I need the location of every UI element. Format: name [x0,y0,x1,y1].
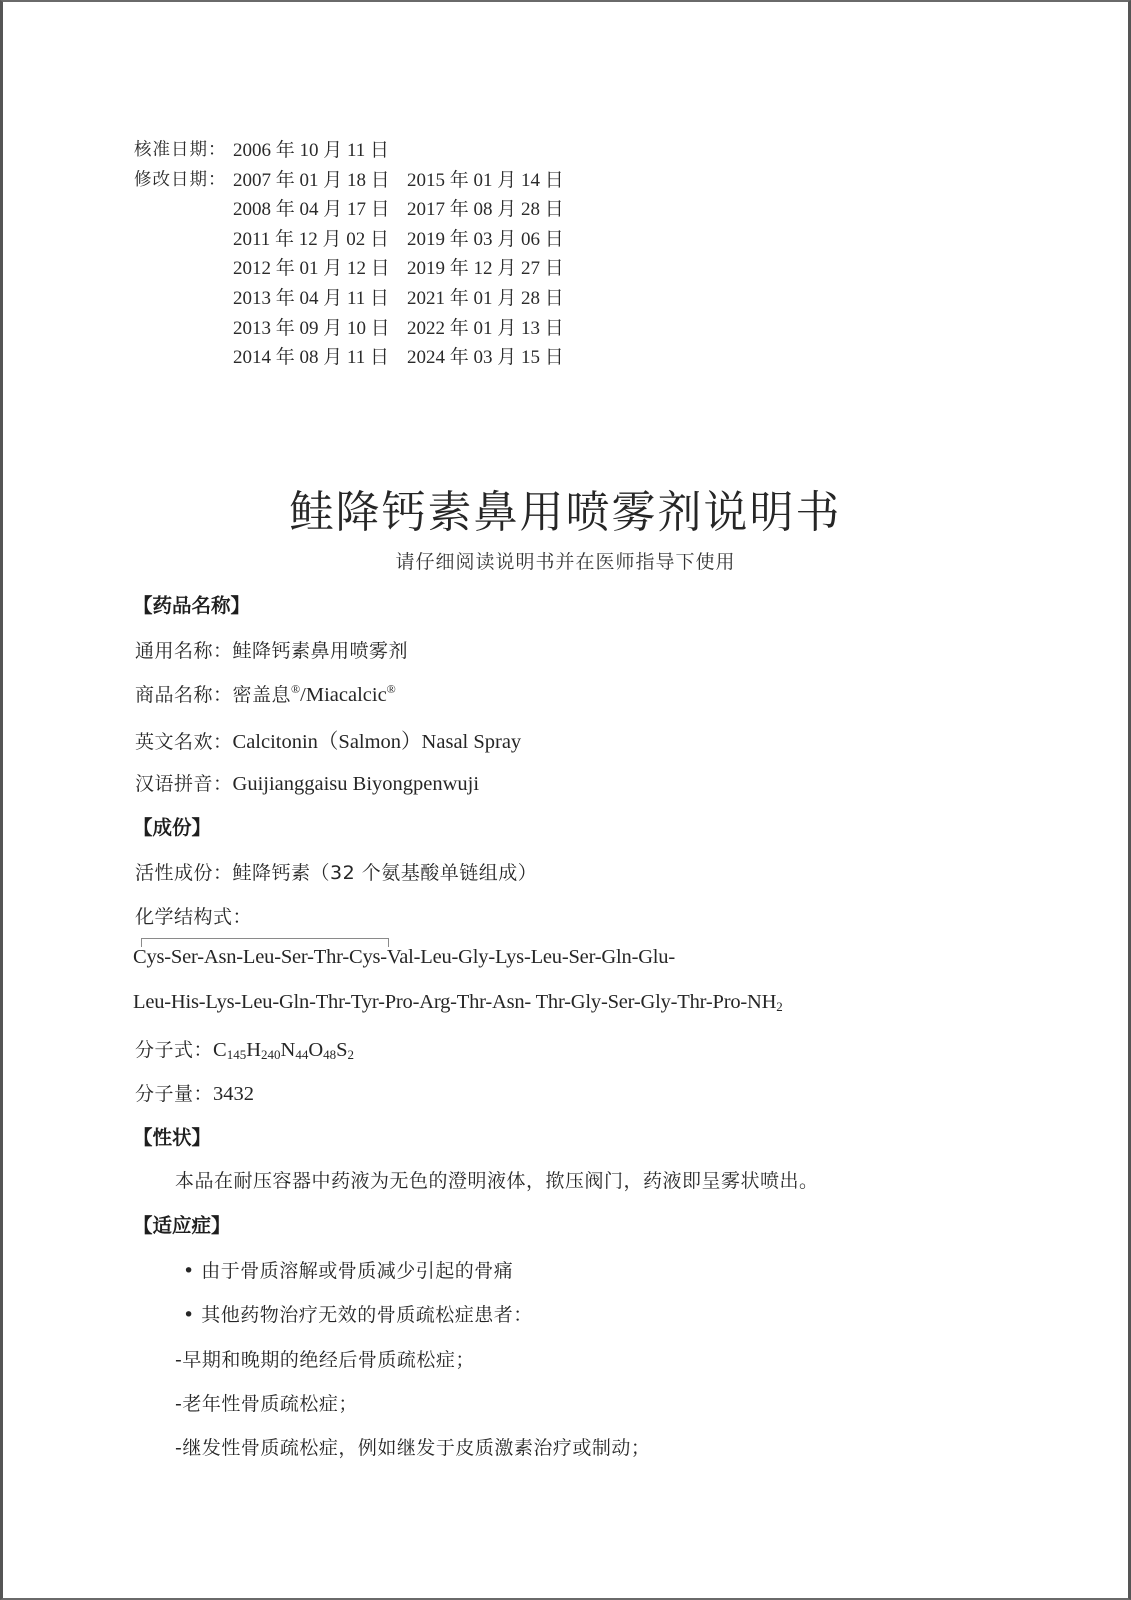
element-c: C [213,1039,227,1061]
revision-date: 2022 年 01 月 13 日 [407,314,564,344]
trade-name-cn: 密盖息 [233,684,292,706]
registered-mark: ® [387,682,396,696]
description-paragraph: 本品在耐压容器中药液为无色的澄明液体，揿压阀门，药液即呈雾状喷出。 [175,1170,819,1192]
revision-date: 2015 年 01 月 14 日 [407,166,564,196]
revision-date: 2011 年 12 月 02 日 [233,225,407,255]
revision-date-row: 修改日期： 2007 年 01 月 18 日 2015 年 01 月 14 日 [134,166,564,196]
revision-date: 2008 年 04 月 17 日 [233,195,407,225]
english-name-value: Calcitonin（Salmon）Nasal Spray [233,731,522,753]
indication-sub-item: -早期和晚期的绝经后骨质疏松症； [175,1345,475,1372]
revision-date: 2012 年 01 月 12 日 [233,254,407,284]
indication-sub-item-text: -继发性骨质疏松症，例如继发于皮质激素治疗或制动； [175,1437,650,1459]
active-ingredient-value: 鲑降钙素（32 个氨基酸单链组成） [233,862,538,884]
peptide-sequence-line-2: Leu-His-Lys-Leu-Gln-Thr-Tyr-Pro-Arg-Thr-… [133,991,783,1015]
structure-label: 化学结构式： [135,906,252,928]
active-ingredient-label: 活性成份： [135,862,233,884]
indication-sub-item-text: -早期和晚期的绝经后骨质疏松症； [175,1349,475,1371]
revision-date-row: 2011 年 12 月 02 日 2019 年 03 月 06 日 [134,225,564,255]
element-count: 44 [295,1047,308,1062]
registered-mark: ® [291,682,300,696]
revision-date: 2019 年 12 月 27 日 [407,254,564,284]
generic-name-value: 鲑降钙素鼻用喷雾剂 [233,640,409,662]
revision-date: 2019 年 03 月 06 日 [407,225,564,255]
active-ingredient-line: 活性成份：鲑降钙素（32 个氨基酸单链组成） [135,858,537,885]
element-h: H [246,1039,261,1061]
element-count: 145 [227,1047,247,1062]
revision-date: 2007 年 01 月 18 日 [233,166,407,196]
document-title: 鲑降钙素鼻用喷雾剂说明书 [0,476,1131,540]
revision-date-row: 2013 年 09 月 10 日 2022 年 01 月 13 日 [134,314,564,344]
indication-bullet: • 其他药物治疗无效的骨质疏松症患者： [183,1300,533,1327]
generic-name-label: 通用名称： [135,640,233,662]
revision-date: 2013 年 09 月 10 日 [233,314,407,344]
revision-date-row: 2008 年 04 月 17 日 2017 年 08 月 28 日 [134,195,564,225]
element-n: N [281,1039,296,1061]
revision-date: 2013 年 04 月 11 日 [233,284,407,314]
pinyin-value: Guijianggaisu Biyongpenwuji [233,773,480,795]
description-text: 本品在耐压容器中药液为无色的澄明液体，揿压阀门，药液即呈雾状喷出。 [175,1166,819,1193]
element-s: S [336,1039,347,1061]
approval-date-value: 2006 年 10 月 11 日 [233,136,407,166]
element-count: 2 [348,1047,355,1062]
molecular-weight-value: 3432 [213,1083,254,1105]
generic-name-line: 通用名称：鲑降钙素鼻用喷雾剂 [135,636,408,663]
molecular-formula: C145H240N44O48S2 [213,1039,354,1061]
molecular-formula-line: 分子式：C145H240N44O48S2 [135,1035,354,1063]
indication-bullet-text: • 由于骨质溶解或骨质减少引起的骨痛 [183,1260,513,1282]
approval-date-label: 核准日期： [134,136,233,166]
document-subtitle: 请仔细阅读说明书并在医师指导下使用 [0,547,1131,574]
indication-bullet-text: • 其他药物治疗无效的骨质疏松症患者： [183,1304,533,1326]
element-count: 240 [261,1047,281,1062]
indication-sub-item-text: -老年性骨质疏松症； [175,1393,358,1415]
pinyin-line: 汉语拼音：Guijianggaisu Biyongpenwuji [135,769,479,796]
molecular-weight-line: 分子量：3432 [135,1079,254,1106]
approval-date-row: 核准日期： 2006 年 10 月 11 日 [134,136,564,166]
indication-sub-item: -老年性骨质疏松症； [175,1389,358,1416]
revision-date: 2021 年 01 月 28 日 [407,284,564,314]
trade-name-line: 商品名称：密盖息®/Miacalcic® [135,680,396,707]
revision-date: 2024 年 03 月 15 日 [407,343,564,373]
peptide-sequence-text: Leu-His-Lys-Leu-Gln-Thr-Tyr-Pro-Arg-Thr-… [133,991,776,1013]
indication-bullet: • 由于骨质溶解或骨质减少引起的骨痛 [183,1256,513,1283]
peptide-sequence-line-1: Cys-Ser-Asn-Leu-Ser-Thr-Cys-Val-Leu-Gly-… [133,946,675,969]
revision-date: 2017 年 08 月 28 日 [407,195,564,225]
trade-name-en: Miacalcic [306,684,387,706]
english-name-label: 英文名欢： [135,731,233,753]
section-heading-drug-name: 【药品名称】 [133,590,250,618]
trade-name-label: 商品名称： [135,684,233,706]
section-heading-indications: 【适应症】 [133,1210,231,1238]
section-heading-description: 【性状】 [133,1122,211,1150]
revision-date-label: 修改日期： [134,166,233,196]
element-o: O [308,1039,323,1061]
revision-date-row: 2013 年 04 月 11 日 2021 年 01 月 28 日 [134,284,564,314]
revision-date: 2014 年 08 月 11 日 [233,343,407,373]
section-heading-composition: 【成份】 [133,812,211,840]
indication-sub-item: -继发性骨质疏松症，例如继发于皮质激素治疗或制动； [175,1433,650,1460]
pinyin-label: 汉语拼音： [135,773,233,795]
molecular-formula-label: 分子式： [135,1039,213,1061]
molecular-weight-label: 分子量： [135,1083,213,1105]
english-name-line: 英文名欢：Calcitonin（Salmon）Nasal Spray [135,724,521,754]
revision-date-row: 2012 年 01 月 12 日 2019 年 12 月 27 日 [134,254,564,284]
nh2-subscript: 2 [776,999,782,1014]
structure-label-line: 化学结构式： [135,902,252,929]
element-count: 48 [323,1047,336,1062]
revision-date-row: 2014 年 08 月 11 日 2024 年 03 月 15 日 [134,343,564,373]
date-block: 核准日期： 2006 年 10 月 11 日 修改日期： 2007 年 01 月… [134,136,564,373]
